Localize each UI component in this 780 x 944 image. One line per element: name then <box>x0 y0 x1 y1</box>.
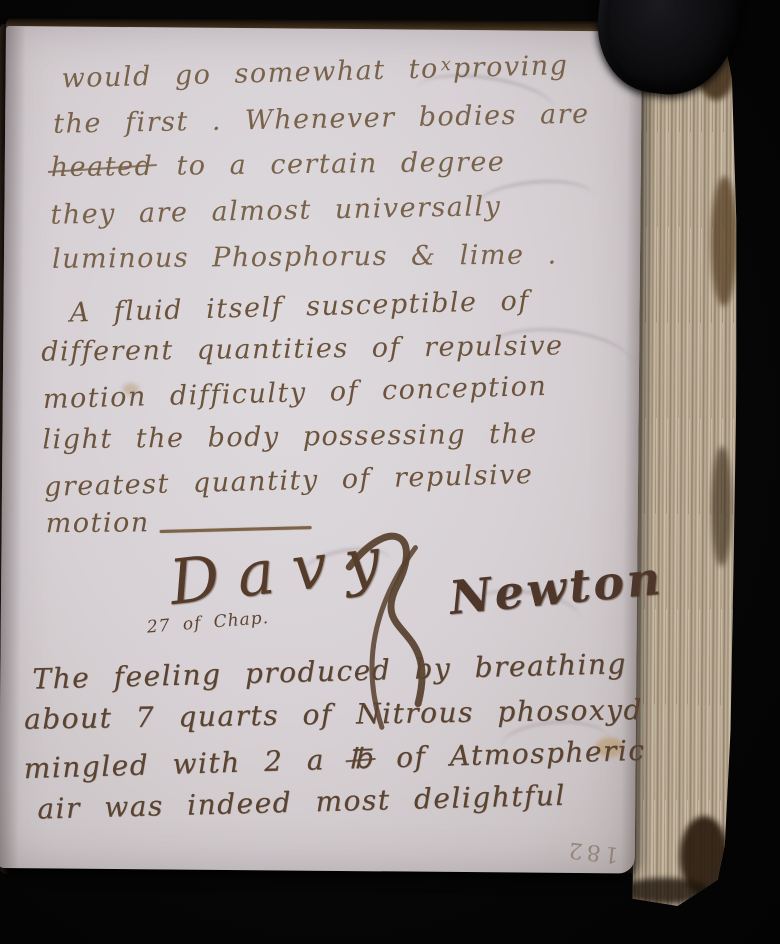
fore-edge-stain <box>711 446 732 566</box>
handwritten-line: The feeling produced by breathing <box>32 647 627 696</box>
handwritten-line: heated to a certain degree <box>51 147 506 184</box>
line-text: would go somewhat to <box>61 53 439 94</box>
insertion-mark: x <box>440 54 451 75</box>
handwritten-line: A fluid itself susceptible of <box>69 286 530 329</box>
handwritten-line: the first . Whenever bodies are <box>53 99 590 140</box>
photo-backdrop: would go somewhat toxproving the first .… <box>0 0 780 944</box>
handwritten-line: motion <box>46 507 150 539</box>
chapter-note: 27 of Chap. <box>146 608 270 638</box>
line-text: of Atmospheric <box>396 734 646 774</box>
notebook-page: would go somewhat toxproving the first .… <box>0 26 642 874</box>
signature-newton: Newton <box>447 551 665 625</box>
fore-edge-stain <box>711 176 738 306</box>
fore-edge-stain <box>620 878 710 904</box>
page-number: 182 <box>564 836 620 867</box>
handwritten-line: mingled with 2 a ℔ of Atmospheric <box>23 734 646 785</box>
handwritten-line: air was indeed most delightful <box>37 779 566 826</box>
line-text: proving <box>453 50 569 84</box>
book-fore-edge <box>632 26 739 907</box>
line-text: to a certain degree <box>176 147 505 182</box>
handwritten-line: motion difficulty of conception <box>42 371 547 415</box>
struck-word: heated <box>51 151 154 183</box>
signature-davy: Davy <box>166 521 402 619</box>
handwritten-line: they are almost universally <box>50 191 502 231</box>
handwritten-line: different quantities of repulsive <box>41 330 564 367</box>
handwritten-line: light the body possessing the <box>42 418 538 455</box>
handwritten-line: luminous Phosphorus & lime . <box>52 239 558 274</box>
line-text: mingled with 2 a <box>23 743 325 785</box>
handwritten-line: greatest quantity of repulsive <box>44 459 534 503</box>
struck-word: ℔ <box>348 742 373 776</box>
